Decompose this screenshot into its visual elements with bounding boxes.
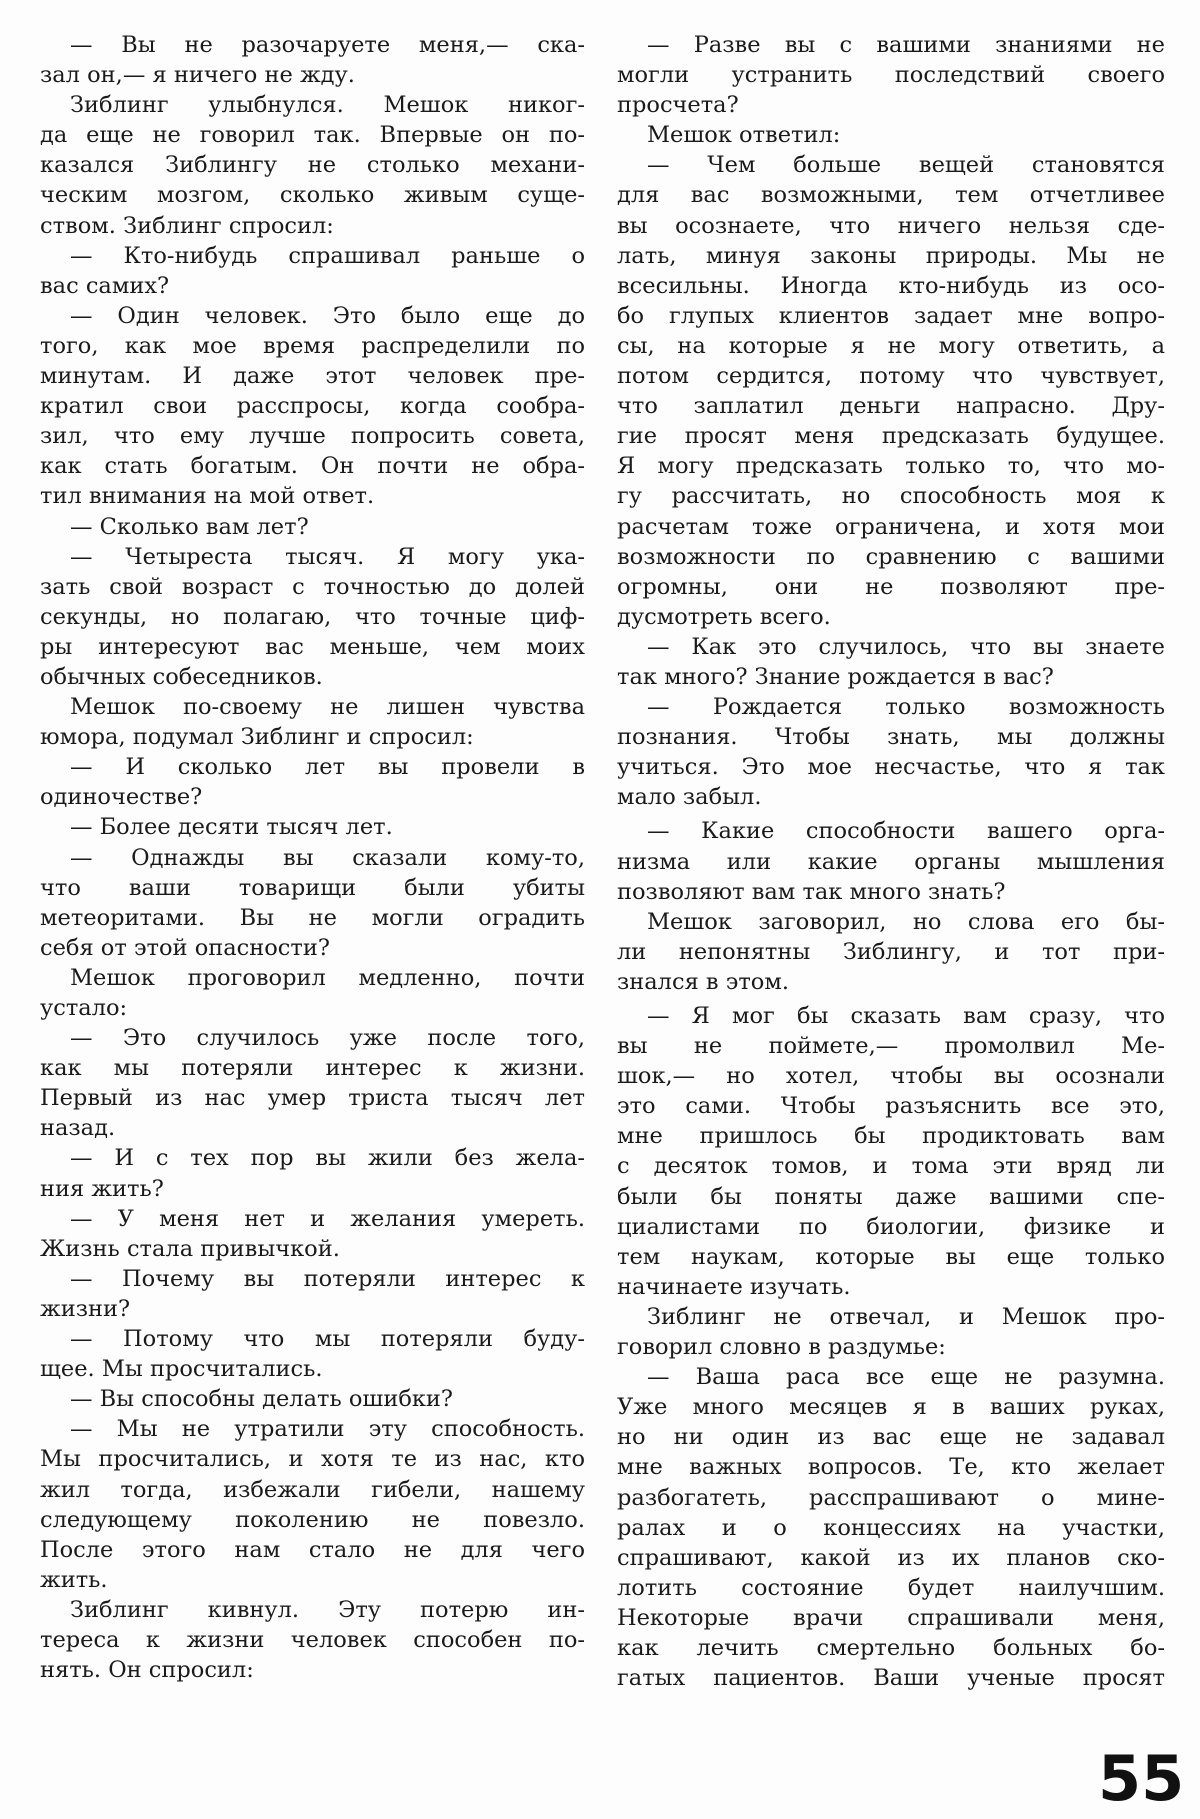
text-line: зать свой возраст с точностью до долей	[40, 572, 585, 602]
text-line: знался в этом.	[617, 967, 1165, 997]
text-line: — Мы не утратили эту способность.	[40, 1414, 585, 1444]
text-line: дусмотреть всего.	[617, 602, 1165, 632]
text-line: ством. Зиблинг спросил:	[40, 211, 585, 241]
text-line: разбогатеть, расспрашивают о мине-	[617, 1483, 1165, 1513]
text-line: Некоторые врачи спрашивали меня,	[617, 1603, 1165, 1633]
text-line: жить.	[40, 1565, 585, 1595]
text-line: зил, что ему лучше попросить совета,	[40, 421, 585, 451]
text-line: как мы потеряли интерес к жизни.	[40, 1053, 585, 1083]
text-line: Мы просчитались, и хотя те из нас, кто	[40, 1444, 585, 1474]
text-line: — Вы способны делать ошибки?	[40, 1384, 585, 1414]
text-line: Зиблинг кивнул. Эту потерю ин-	[40, 1595, 585, 1625]
text-line: — Это случилось уже после того,	[40, 1023, 585, 1053]
text-line: спрашивают, какой из их планов ско-	[617, 1543, 1165, 1573]
text-line: — Четыреста тысяч. Я могу ука-	[40, 542, 585, 572]
text-line: всесильны. Иногда кто-нибудь из осо-	[617, 271, 1165, 301]
text-line: учиться. Это мое несчастье, что я так	[617, 752, 1165, 782]
left-text-column: — Вы не разочаруете меня,— ска-зал он,— …	[40, 30, 585, 1685]
text-line: что ваши товарищи были убиты	[40, 873, 585, 903]
text-line: — И с тех пор вы жили без жела-	[40, 1143, 585, 1173]
text-line: сы, на которые я не могу ответить, а	[617, 331, 1165, 361]
text-line: — Как это случилось, что вы знаете	[617, 632, 1165, 662]
text-line: бо глупых клиентов задает мне вопро-	[617, 301, 1165, 331]
text-line: метеоритами. Вы не могли оградить	[40, 903, 585, 933]
text-line: потом сердится, потому что чувствует,	[617, 361, 1165, 391]
text-line: как стать богатым. Он почти не обра-	[40, 451, 585, 481]
text-line: это сами. Чтобы разъяснить все это,	[617, 1091, 1165, 1121]
text-line: того, как мое время распределили по	[40, 331, 585, 361]
text-line: вас самих?	[40, 271, 585, 301]
text-line: гу рассчитать, но способность моя к	[617, 481, 1165, 511]
text-line: были бы поняты даже вашими спе-	[617, 1182, 1165, 1212]
text-line: ли непонятны Зиблингу, и тот при-	[617, 937, 1165, 967]
text-line: гие просят меня предсказать будущее.	[617, 421, 1165, 451]
text-line: щее. Мы просчитались.	[40, 1354, 585, 1384]
text-line: мне пришлось бы продиктовать вам	[617, 1121, 1165, 1151]
text-line: обычных собеседников.	[40, 662, 585, 692]
text-line: мало забыл.	[617, 782, 1165, 812]
text-line: ралах и о концессиях на участки,	[617, 1513, 1165, 1543]
text-line: одиночестве?	[40, 782, 585, 812]
text-line: могли устранить последствий своего	[617, 60, 1165, 90]
text-line: позволяют вам так много знать?	[617, 877, 1165, 907]
text-line: циалистами по биологии, физике и	[617, 1212, 1165, 1242]
text-line: ческим мозгом, сколько живым суще-	[40, 180, 585, 210]
text-line: что заплатил деньги напрасно. Дру-	[617, 391, 1165, 421]
text-line: гатых пациентов. Ваши ученые просят	[617, 1663, 1165, 1693]
text-line: говорил словно в раздумье:	[617, 1332, 1165, 1362]
text-line: — Вы не разочаруете меня,— ска-	[40, 30, 585, 60]
text-line: лотить состояние будет наилучшим.	[617, 1573, 1165, 1603]
text-line: лать, минуя законы природы. Мы не	[617, 241, 1165, 271]
text-line: — Какие способности вашего орга-	[617, 816, 1165, 846]
text-line: — Почему вы потеряли интерес к	[40, 1264, 585, 1294]
text-line: — Потому что мы потеряли буду-	[40, 1324, 585, 1354]
text-line: Я могу предсказать только то, что мо-	[617, 451, 1165, 481]
text-line: назад.	[40, 1113, 585, 1143]
text-line: — Сколько вам лет?	[40, 512, 585, 542]
text-line: — Более десяти тысяч лет.	[40, 812, 585, 842]
text-line: так много? Знание рождается в вас?	[617, 662, 1165, 692]
text-line: как лечить смертельно больных бо-	[617, 1633, 1165, 1663]
text-line: юмора, подумал Зиблинг и спросил:	[40, 722, 585, 752]
text-line: — И сколько лет вы провели в	[40, 752, 585, 782]
text-line: да еще не говорил так. Впервые он по-	[40, 120, 585, 150]
text-line: Зиблинг не отвечал, и Мешок про-	[617, 1302, 1165, 1332]
text-line: Мешок ответил:	[617, 120, 1165, 150]
text-line: кратил свои расспросы, когда сообра-	[40, 391, 585, 421]
text-line: Зиблинг улыбнулся. Мешок никог-	[40, 90, 585, 120]
text-line: — У меня нет и желания умереть.	[40, 1204, 585, 1234]
text-line: мне важных вопросов. Те, кто желает	[617, 1452, 1165, 1482]
text-line: ния жить?	[40, 1174, 585, 1204]
text-line: жизни?	[40, 1294, 585, 1324]
right-text-column: — Разве вы с вашими знаниями немогли уст…	[617, 30, 1165, 1693]
text-line: просчета?	[617, 90, 1165, 120]
text-line: тереса к жизни человек способен по-	[40, 1625, 585, 1655]
text-line: ры интересуют вас меньше, чем моих	[40, 632, 585, 662]
text-line: — Кто-нибудь спрашивал раньше о	[40, 241, 585, 271]
text-line: устало:	[40, 993, 585, 1023]
text-line: зал он,— я ничего не жду.	[40, 60, 585, 90]
text-line: Жизнь стала привычкой.	[40, 1234, 585, 1264]
text-line: казался Зиблингу не столько механи-	[40, 150, 585, 180]
text-line: познания. Чтобы знать, мы должны	[617, 722, 1165, 752]
text-line: вы не поймете,— промолвил Ме-	[617, 1031, 1165, 1061]
text-line: огромны, они не позволяют пре-	[617, 572, 1165, 602]
text-line: вы осознаете, что ничего нельзя сде-	[617, 211, 1165, 241]
text-line: шок,— но хотел, чтобы вы осознали	[617, 1061, 1165, 1091]
text-line: низма или какие органы мышления	[617, 847, 1165, 877]
text-line: возможности по сравнению с вашими	[617, 542, 1165, 572]
text-line: начинаете изучать.	[617, 1272, 1165, 1302]
text-line: — Я мог бы сказать вам сразу, что	[617, 1001, 1165, 1031]
text-line: тем наукам, которые вы еще только	[617, 1242, 1165, 1272]
text-line: следующему поколению не повезло.	[40, 1505, 585, 1535]
text-line: — Один человек. Это было еще до	[40, 301, 585, 331]
text-line: — Чем больше вещей становятся	[617, 150, 1165, 180]
text-line: — Разве вы с вашими знаниями не	[617, 30, 1165, 60]
text-line: Мешок проговорил медленно, почти	[40, 963, 585, 993]
text-line: себя от этой опасности?	[40, 933, 585, 963]
page-number: 55	[1098, 1748, 1184, 1810]
text-line: — Ваша раса все еще не разумна.	[617, 1362, 1165, 1392]
text-line: жил тогда, избежали гибели, нашему	[40, 1475, 585, 1505]
text-line: тил внимания на мой ответ.	[40, 481, 585, 511]
text-line: расчетам тоже ограничена, и хотя мои	[617, 512, 1165, 542]
text-line: с десяток томов, и тома эти вряд ли	[617, 1151, 1165, 1181]
text-line: После этого нам стало не для чего	[40, 1535, 585, 1565]
text-line: Первый из нас умер триста тысяч лет	[40, 1083, 585, 1113]
text-line: для вас возможными, тем отчетливее	[617, 180, 1165, 210]
text-line: Мешок заговорил, но слова его бы-	[617, 907, 1165, 937]
text-line: — Однажды вы сказали кому-то,	[40, 843, 585, 873]
text-line: Мешок по-своему не лишен чувства	[40, 692, 585, 722]
text-line: — Рождается только возможность	[617, 692, 1165, 722]
text-line: минутам. И даже этот человек пре-	[40, 361, 585, 391]
text-line: нять. Он спросил:	[40, 1655, 585, 1685]
text-line: секунды, но полагаю, что точные циф-	[40, 602, 585, 632]
book-page: — Вы не разочаруете меня,— ска-зал он,— …	[0, 0, 1200, 1819]
text-line: Уже много месяцев я в ваших руках,	[617, 1392, 1165, 1422]
text-line: но ни один из вас еще не задавал	[617, 1422, 1165, 1452]
